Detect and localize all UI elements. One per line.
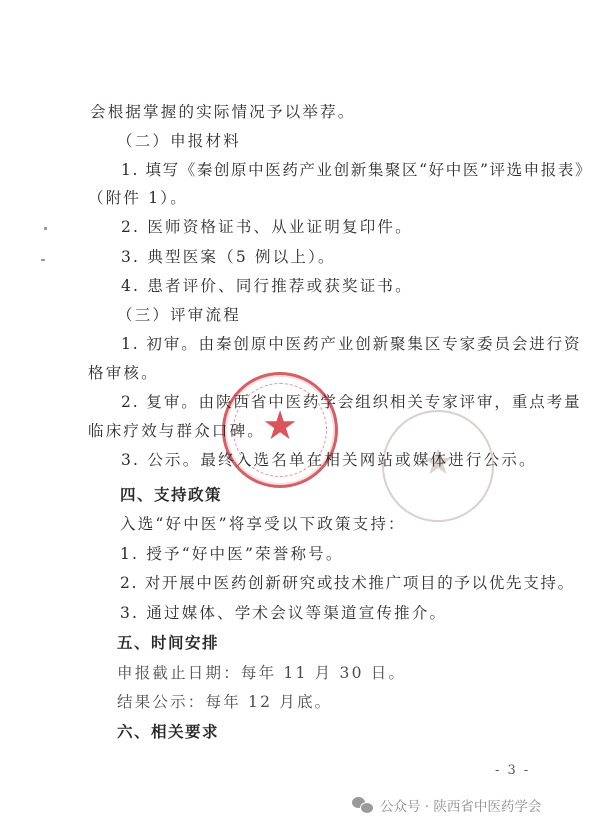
review-step-2-cont: 临床疗效与群众口碑。 <box>88 419 265 441</box>
review-step-2: 2. 复审。由陕西省中医药学会组织相关专家评审，重点考量 <box>121 390 581 412</box>
review-step-1-cont: 格审核。 <box>88 361 159 383</box>
body-line: 会根据掌握的实际情况予以举荐。 <box>90 100 356 122</box>
support-item-3: 3. 通过媒体、学术会议等渠道宣传推介。 <box>120 601 447 623</box>
subsection-heading-review: （三）评审流程 <box>117 303 241 325</box>
wechat-icon <box>352 796 374 814</box>
deadline-text: 申报截止日期：每年 11 月 30 日。 <box>117 661 406 683</box>
document-page: ★ ★ 会根据掌握的实际情况予以举荐。 （二）申报材料 1. 填写《秦创原中医药… <box>0 0 600 833</box>
watermark-text: 公众号 · 陕西省中医药学会 <box>380 795 541 815</box>
material-item-3: 3. 典型医案（5 例以上）。 <box>121 245 336 267</box>
scan-mark <box>44 227 47 230</box>
material-item-1-cont: （附件 1）。 <box>88 186 188 208</box>
material-item-1: 1. 填写《秦创原中医药产业创新集聚区“好中医”评选申报表》 <box>121 158 592 180</box>
announce-text: 结果公示：每年 12 月底。 <box>117 690 332 712</box>
subsection-heading-materials: （二）申报材料 <box>117 129 241 151</box>
section-heading-requirements: 六、相关要求 <box>117 720 219 742</box>
support-item-2: 2. 对开展中医药创新研究或技术推广项目的予以优先支持。 <box>120 571 575 593</box>
support-intro: 入选“好中医”将享受以下政策支持： <box>120 512 406 534</box>
material-item-4: 4. 患者评价、同行推荐或获奖证书。 <box>121 274 413 296</box>
review-step-3: 3. 公示。最终入选名单在相关网站或媒体进行公示。 <box>121 448 537 470</box>
page-number: - 3 - <box>495 763 530 778</box>
section-heading-schedule: 五、时间安排 <box>117 631 219 653</box>
section-heading-support: 四、支持政策 <box>120 483 222 505</box>
scan-mark <box>41 259 45 261</box>
support-item-1: 1. 授予“好中医”荣誉称号。 <box>120 542 344 564</box>
review-step-1: 1. 初审。由秦创原中医药产业创新聚集区专家委员会进行资 <box>121 332 581 354</box>
material-item-2: 2. 医师资格证书、从业证明复印件。 <box>121 215 413 237</box>
wechat-watermark: 公众号 · 陕西省中医药学会 <box>352 795 541 815</box>
